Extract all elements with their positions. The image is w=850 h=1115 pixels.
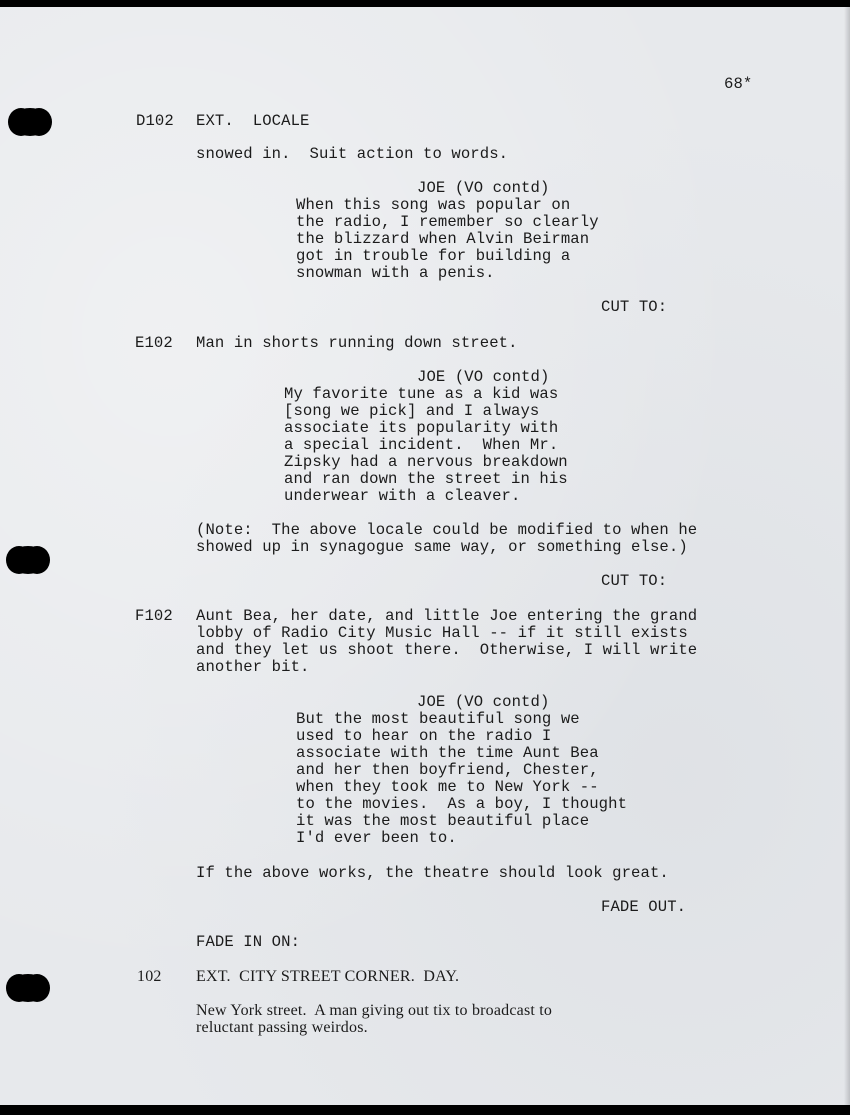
dialogue-line: snowman with a penis. xyxy=(296,265,495,282)
dialogue-line: the blizzard when Alvin Beirman xyxy=(296,231,589,248)
dialogue-line: to the movies. As a boy, I thought xyxy=(296,796,627,813)
scene-heading: lobby of Radio City Music Hall -- if it … xyxy=(196,625,688,642)
dialogue-line: the radio, I remember so clearly xyxy=(296,214,599,231)
dialogue-line: But the most beautiful song we xyxy=(296,711,580,728)
binder-hole xyxy=(10,108,50,136)
transition: CUT TO: xyxy=(601,299,667,316)
action-line: If the above works, the theatre should l… xyxy=(196,865,669,882)
note-line: showed up in synagogue same way, or some… xyxy=(196,539,688,556)
scene-number: E102 xyxy=(135,335,173,352)
transition: CUT TO: xyxy=(601,573,667,590)
dialogue-line: and ran down the street in his xyxy=(284,471,568,488)
binder-hole xyxy=(8,546,48,574)
character-name: JOE (VO contd) xyxy=(417,369,549,386)
dialogue-line: associate with the time Aunt Bea xyxy=(296,745,599,762)
binder-hole xyxy=(8,974,48,1002)
scene-heading: and they let us shoot there. Otherwise, … xyxy=(196,642,697,659)
scene-heading: EXT. LOCALE xyxy=(196,113,310,130)
transition: FADE IN ON: xyxy=(196,934,300,951)
dialogue-line: My favorite tune as a kid was xyxy=(284,386,558,403)
scene-heading: EXT. CITY STREET CORNER. DAY. xyxy=(196,968,459,985)
dialogue-line: and her then boyfriend, Chester, xyxy=(296,762,599,779)
dialogue-line: [song we pick] and I always xyxy=(284,403,539,420)
scene-number: 102 xyxy=(137,968,162,985)
dialogue-line: associate its popularity with xyxy=(284,420,558,437)
dialogue-line: When this song was popular on xyxy=(296,197,570,214)
scene-heading: Man in shorts running down street. xyxy=(196,335,518,352)
dialogue-line: used to hear on the radio I xyxy=(296,728,551,745)
script-page: 68* D102 EXT. LOCALE snowed in. Suit act… xyxy=(0,7,850,1105)
scene-heading: Aunt Bea, her date, and little Joe enter… xyxy=(196,608,697,625)
dialogue-line: underwear with a cleaver. xyxy=(284,488,520,505)
scene-heading: another bit. xyxy=(196,659,310,676)
transition: FADE OUT. xyxy=(601,899,686,916)
dialogue-line: I'd ever been to. xyxy=(296,830,457,847)
dialogue-line: a special incident. When Mr. xyxy=(284,437,558,454)
scene-number: D102 xyxy=(136,113,174,130)
action-line: snowed in. Suit action to words. xyxy=(196,146,508,163)
note-line: (Note: The above locale could be modifie… xyxy=(196,522,697,539)
scene-number: F102 xyxy=(135,608,173,625)
dialogue-line: got in trouble for building a xyxy=(296,248,570,265)
action-line: reluctant passing weirdos. xyxy=(196,1019,368,1036)
dialogue-line: Zipsky had a nervous breakdown xyxy=(284,454,568,471)
action-line: New York street. A man giving out tix to… xyxy=(196,1002,552,1019)
character-name: JOE (VO contd) xyxy=(417,694,549,711)
character-name: JOE (VO contd) xyxy=(417,180,549,197)
page-number: 68* xyxy=(724,76,752,93)
dialogue-line: when they took me to New York -- xyxy=(296,779,599,796)
dialogue-line: it was the most beautiful place xyxy=(296,813,589,830)
